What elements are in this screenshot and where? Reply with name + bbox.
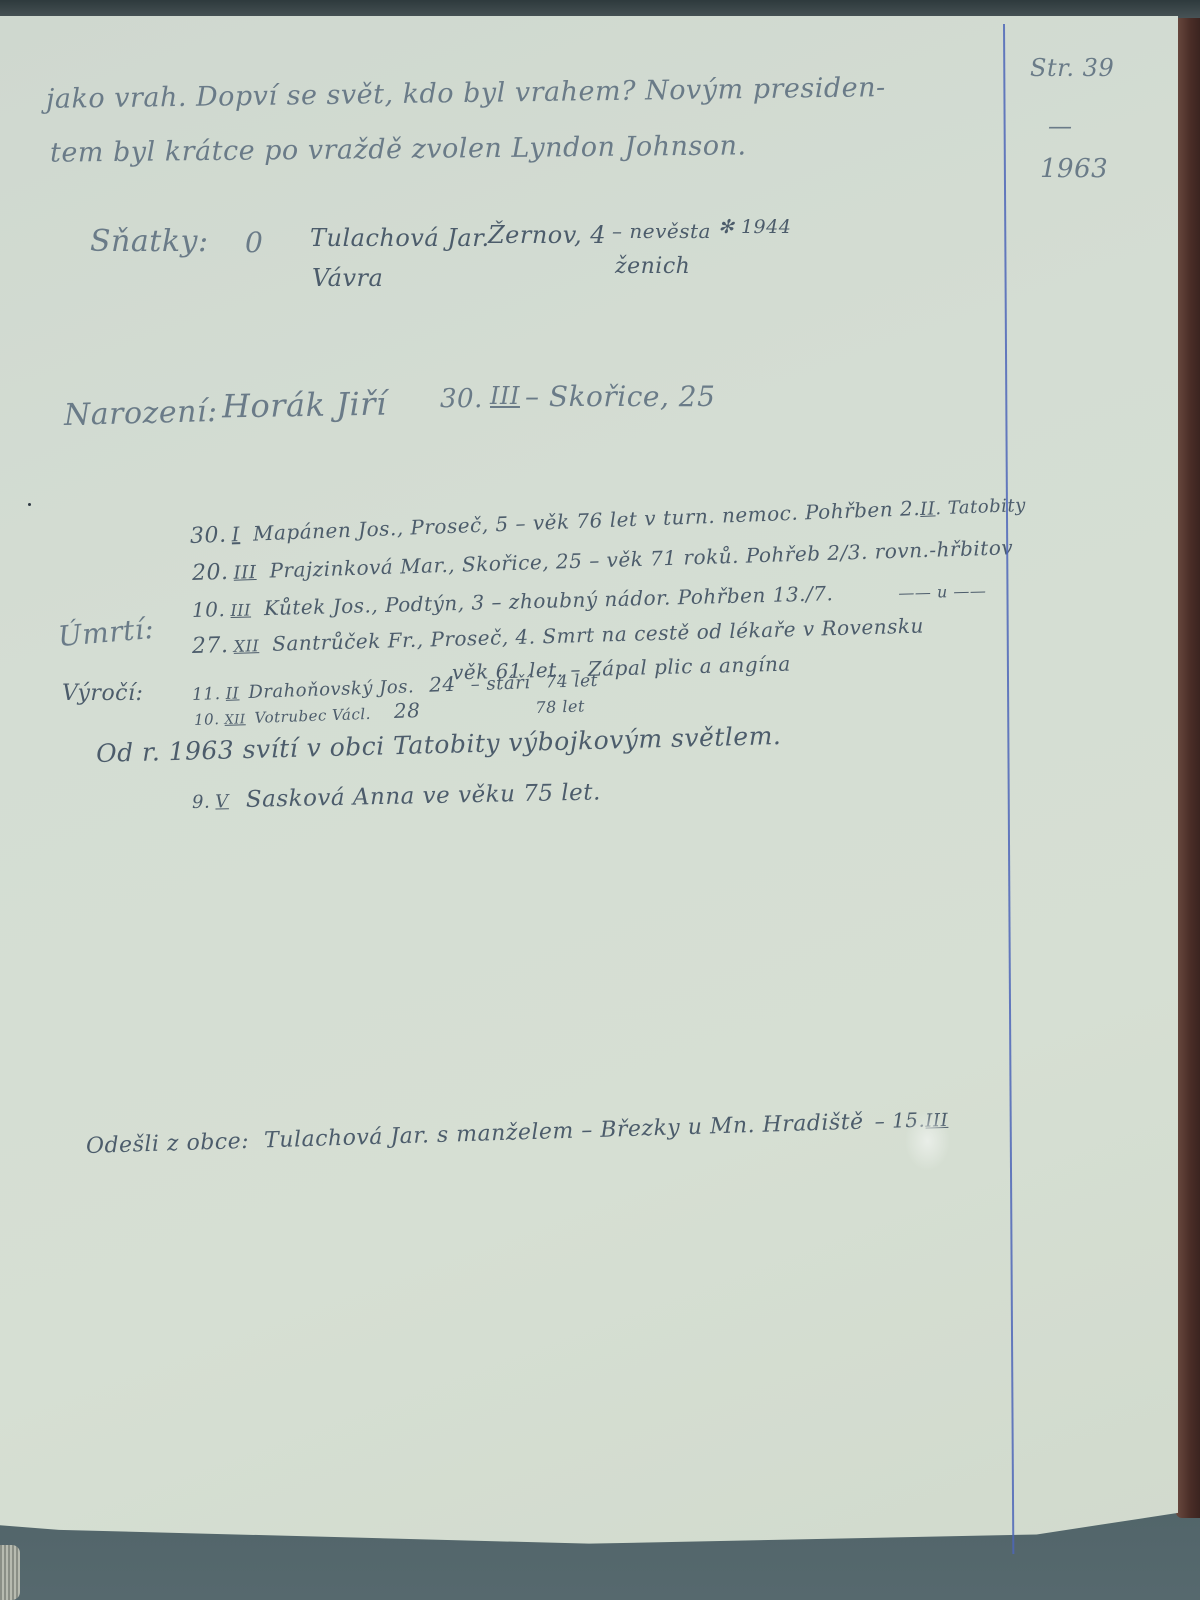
jubilee-month: II [225, 683, 239, 702]
deaths-heading: Úmrtí: [57, 612, 156, 653]
jubilee-age: 74 let [545, 671, 598, 693]
births-heading: Narození: [64, 394, 218, 433]
bookmark-ribbon [0, 1545, 20, 1600]
departures-section: Odešli z obce: Tulachová Jar. s manželem… [86, 1107, 949, 1159]
death-day: 20. [192, 560, 229, 586]
jubilee-day: 11. [192, 684, 221, 705]
jubilees-heading: Výročí: [62, 681, 143, 706]
bride-role: – nevěsta [612, 219, 711, 243]
death-day: 10. [192, 597, 226, 622]
weddings-marker: 0 [245, 226, 263, 259]
chronicle-page: Str. 39 — 1963 jako vrah. Dopví se svět,… [0, 16, 1178, 1556]
departures-heading: Odešli z obce: [86, 1129, 250, 1159]
ink-smudge [905, 1111, 950, 1171]
death-text: Santrůček Fr., Proseč, 4. Smrt na cestě … [272, 614, 924, 656]
intro-line-2: tem byl krátce po vraždě zvolen Lyndon J… [50, 130, 747, 168]
page-number: Str. 39 [1030, 54, 1114, 82]
death-day: 27. [192, 633, 229, 659]
birth-date-month: III [490, 382, 520, 410]
extra-death-day: 9. [192, 792, 211, 813]
death-text: Mapánen Jos., Proseč, 5 – věk 76 let v t… [253, 496, 921, 546]
jubilee-number: 28 [393, 698, 420, 723]
intro-line-1: jako vrah. Dopví se svět, kdo byl vrahem… [46, 72, 886, 115]
book-binding-edge [1176, 18, 1200, 1518]
departures-text: Tulachová Jar. s manželem – Březky u Mn.… [264, 1110, 864, 1154]
birth-place: – Skořice, 25 [525, 380, 715, 413]
year-dash: — [1048, 112, 1073, 140]
death-month: III [233, 562, 256, 584]
bride-birth-year: ✻ 1944 [718, 216, 791, 238]
jubilee-month: XII [224, 712, 246, 728]
jubilee-name: Votrubec Václ. [254, 705, 371, 727]
jubilee-age: 78 let [535, 696, 585, 717]
jubilee-label: – stáří [470, 672, 530, 695]
ink-dot [28, 503, 31, 506]
groom-role: ženich [615, 254, 690, 279]
bride-address: Žernov, 4 [488, 221, 606, 249]
extra-death-entry: 9. V Sasková Anna ve věku 75 let. [192, 779, 601, 814]
death-month: I [231, 522, 240, 546]
death-text: Prajzinková Mar., Skořice, 25 – věk 71 r… [269, 535, 1013, 582]
death-text: Kůtek Jos., Podtýn, 3 – zhoubný nádor. P… [264, 581, 834, 620]
jubilee-day: 10. [194, 710, 220, 729]
jubilee-number: 24 [429, 672, 456, 697]
extra-death-text: Sasková Anna ve věku 75 let. [246, 779, 601, 812]
death-day: 30. [190, 523, 227, 549]
year-label: 1963 [1040, 154, 1108, 184]
extra-death-month: V [215, 791, 229, 812]
birth-name: Horák Jiří [222, 385, 387, 426]
death-ditto-mark: —— u —— [898, 581, 986, 602]
birth-date-day: 30. [440, 384, 483, 414]
death-burial-place: . Tatobity [935, 495, 1026, 519]
death-entry: 27. XII Santrůček Fr., Proseč, 4. Smrt n… [192, 614, 925, 659]
death-month: XII [233, 636, 259, 656]
bride-name: Tulachová Jar. [310, 224, 490, 252]
groom-name: Vávra [312, 264, 383, 292]
death-month: III [230, 600, 251, 620]
death-burial-month: II [920, 498, 936, 520]
weddings-heading: Sňatky: [90, 224, 209, 259]
